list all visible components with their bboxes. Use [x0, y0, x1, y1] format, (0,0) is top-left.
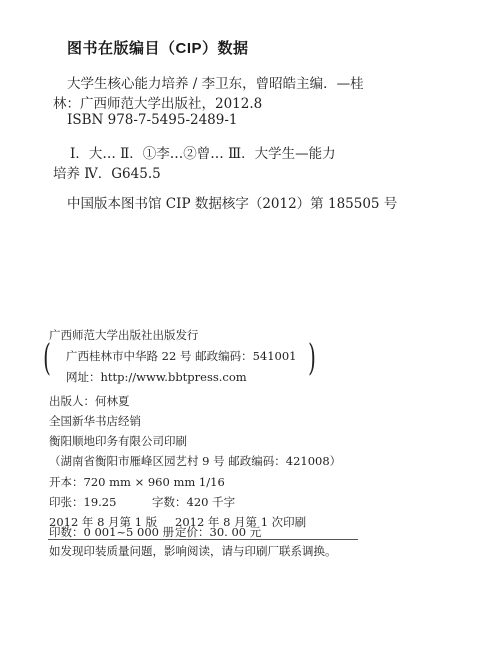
quality-notice: 如发现印装质量问题，影响阅读，请与印刷厂联系调换。: [49, 543, 337, 559]
cip-number: 中国版本图书馆 CIP 数据核字（2012）第 185505 号: [67, 192, 397, 212]
word-count: 字数：420 千字: [152, 494, 235, 510]
distributor: 全国新华书店经销: [49, 413, 141, 429]
printer-address: （湖南省衡阳市雁峰区园艺村 9 号 邮政编码：421008）: [49, 453, 341, 469]
print-run: 印数：0 001~5 000 册: [49, 524, 174, 540]
publisher-name: 广西师范大学出版社出版发行: [49, 327, 199, 343]
cip-subject-line1: Ⅰ．大… Ⅱ．①李…②曾… Ⅲ．大学生—能力: [70, 142, 336, 162]
publisher-person: 出版人：何林夏: [49, 393, 130, 409]
publisher-website: 网址：http://www.bbtpress.com: [66, 369, 247, 385]
left-parenthesis: (: [43, 341, 51, 377]
price: 定价：30. 00 元: [175, 524, 261, 540]
right-parenthesis: ): [308, 341, 316, 377]
cip-subject-line2: 培养 Ⅳ．G645.5: [53, 162, 161, 182]
publisher-address: 广西桂林市中华路 22 号 邮政编码：541001: [66, 348, 297, 364]
cip-title: 图书在版编目（CIP）数据: [67, 37, 249, 58]
copyright-page: 图书在版编目（CIP）数据 大学生核心能力培养 / 李卫东，曾昭皓主编．—桂 林…: [0, 0, 500, 653]
isbn: ISBN 978-7-5495-2489-1: [67, 112, 238, 128]
print-sheets: 印张：19.25: [49, 494, 116, 510]
separator-line: [48, 539, 358, 540]
book-format: 开本：720 mm × 960 mm 1/16: [49, 474, 225, 490]
printer: 衡阳顺地印务有限公司印刷: [49, 433, 187, 449]
cip-entry-line1: 大学生核心能力培养 / 李卫东，曾昭皓主编．—桂: [67, 72, 364, 92]
cip-entry-line2: 林：广西师范大学出版社，2012.8: [53, 92, 262, 112]
